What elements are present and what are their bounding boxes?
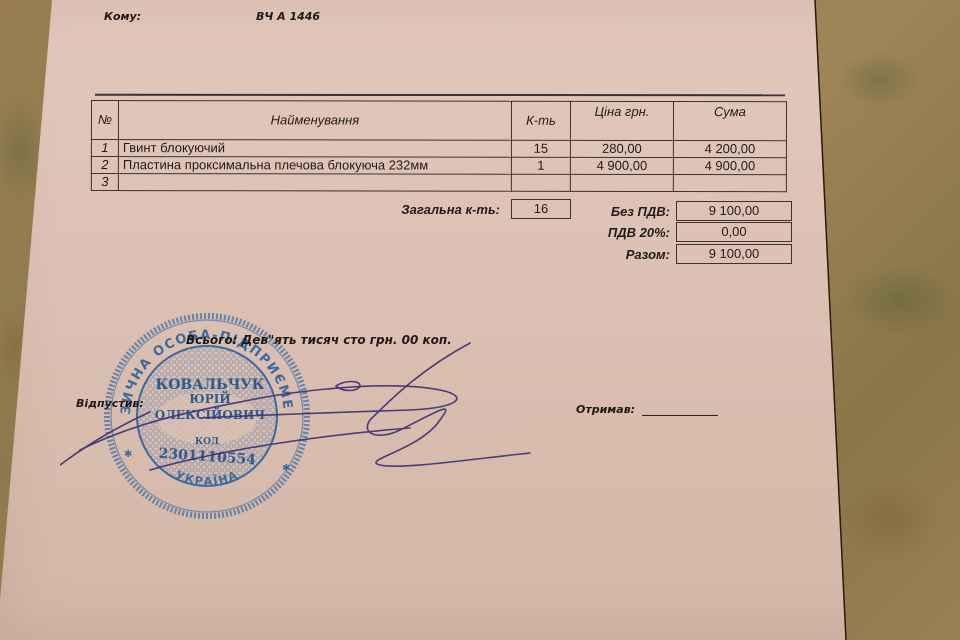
col-header-qty: К-ть [511, 101, 570, 140]
received-by-label: Отримав: [576, 403, 635, 416]
cell-qty [511, 174, 570, 191]
col-header-price: Ціна грн. [570, 101, 673, 140]
cell-name: Пластина проксимальна плечова блокуюча 2… [118, 157, 511, 175]
cell-qty: 1 [511, 157, 570, 174]
cell-number: 1 [91, 140, 118, 157]
no-vat-value: 9 100,00 [676, 201, 792, 221]
cell-name: Гвинт блокуючий [118, 140, 511, 158]
table-header-row: № Найменування К-ть Ціна грн. Сума [91, 101, 786, 141]
items-table: № Найменування К-ть Ціна грн. Сума 1 Гви… [91, 100, 787, 192]
cell-price [570, 174, 673, 191]
cell-number: 3 [91, 174, 118, 191]
vat-value: 0,00 [676, 222, 792, 242]
cell-qty: 15 [511, 140, 570, 157]
table-row: 3 [91, 174, 786, 192]
table-row: 1 Гвинт блокуючий 15 280,00 4 200,00 [91, 140, 786, 158]
to-value: ВЧ А 1446 [256, 10, 320, 23]
cell-number: 2 [91, 157, 118, 174]
vat-label: ПДВ 20%: [560, 225, 670, 240]
received-signature-line [642, 415, 718, 416]
grand-total-value: 9 100,00 [676, 244, 792, 264]
cell-price: 4 900,00 [570, 157, 673, 174]
col-header-name: Найменування [118, 101, 511, 141]
table-row: 2 Пластина проксимальна плечова блокуюча… [91, 157, 786, 175]
handwritten-signature [60, 340, 560, 480]
cell-price: 280,00 [570, 140, 673, 157]
cell-name [118, 174, 511, 192]
total-qty-label: Загальна к-ть: [340, 202, 500, 217]
grand-total-label: Разом: [560, 247, 670, 262]
to-label: Кому: [104, 10, 141, 23]
cell-sum [673, 175, 786, 192]
col-header-number: № [91, 101, 118, 140]
cell-sum: 4 200,00 [673, 141, 786, 158]
no-vat-label: Без ПДВ: [560, 204, 670, 219]
col-header-sum: Сума [673, 102, 786, 141]
cell-sum: 4 900,00 [673, 158, 786, 175]
